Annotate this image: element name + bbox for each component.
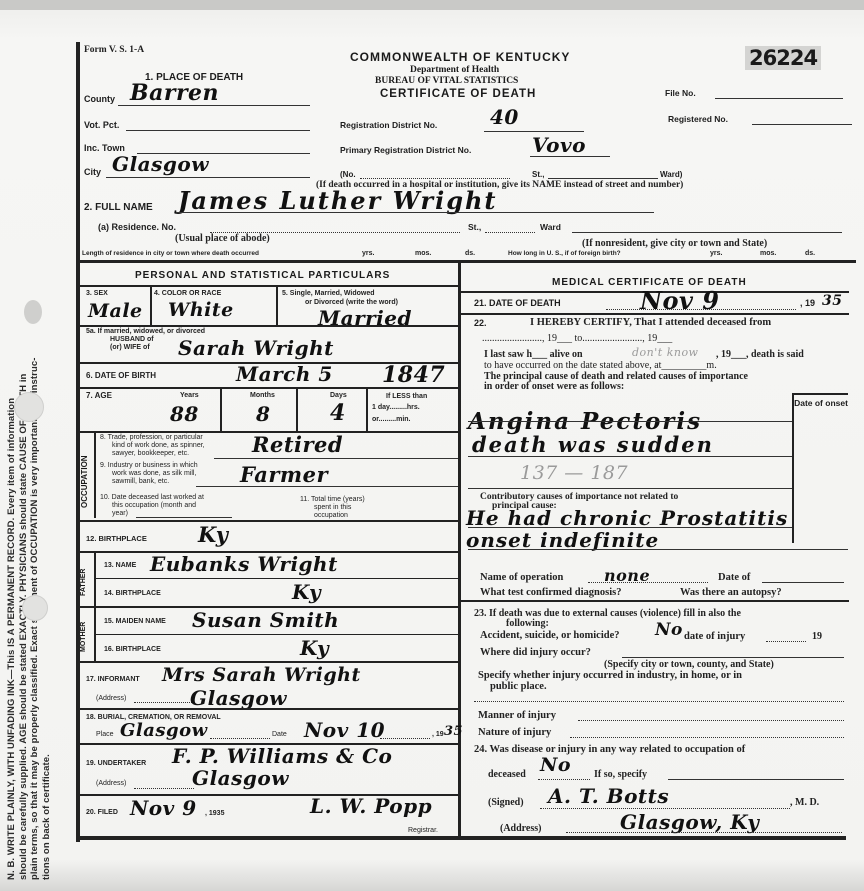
cause-rule-2 [468,456,792,457]
industry-line [196,486,458,487]
us-yrs-label: yrs. [710,250,722,258]
scan-top-edge [0,0,864,10]
burial-year-prefix: , 19 [432,731,444,739]
age-days-value: 4 [330,400,346,426]
punch-hole-bottom [22,595,48,621]
autopsy-label: Was there an autopsy? [680,587,782,598]
primary-registration-label: Primary Registration District No. [340,145,471,155]
last-saw-tail: , 19___, death is said [716,349,804,360]
last-worked-line [136,517,232,518]
dob-label: 6. DATE OF BIRTH [86,372,156,380]
occupation-related-label: 24. Was disease or injury in any way rel… [474,744,745,755]
last-saw-label: I last saw h___ alive on [484,349,583,360]
address-line [566,832,842,833]
sex-value: Male [88,300,143,322]
father-name-rule [96,578,460,579]
burial-place-label: Place [96,731,114,739]
age-years-value: 88 [170,402,199,426]
mother-maiden-value: Susan Smith [192,608,339,632]
injury-where-line [622,657,844,658]
mother-birthplace-value: Ky [300,636,329,660]
informant-label: 17. INFORMANT [86,676,140,684]
father-name-value: Eubanks Wright [150,552,338,576]
column-divider [458,262,461,838]
physician-address: Glasgow, Ky [620,810,759,834]
undertaker-address-value: Glasgow [192,766,289,790]
residence-st-line [485,232,535,233]
us-mos-label: mos. [760,250,776,258]
father-name-label: 13. NAME [104,562,136,570]
accident-value: No [655,620,683,640]
mother-maiden-rule [96,634,460,635]
county-label: County [84,94,115,104]
abode-note: (Usual place of abode) [175,233,270,244]
death-year-value: 35 [822,293,842,309]
how-long-us-label: How long in U. S., if of foreign birth? [508,250,621,258]
dob-month-day: March 5 [236,362,333,386]
date-of-onset-column: Date of onset [792,393,848,543]
cause-line-2: death was sudden [472,432,714,457]
full-name-line [176,212,654,213]
personal-rule-4 [78,387,460,389]
medical-rule-2 [461,313,849,315]
age-days-divider [366,388,368,432]
operation-label: Name of operation [480,572,563,583]
personal-rule-1 [78,285,460,287]
industry-label-1: 9. Industry or business in which [100,462,198,470]
certificate-number: 26224 [745,46,821,70]
age-months-divider [296,388,298,432]
informant-address-line [134,702,194,703]
total-time-label-3: occupation [314,512,348,520]
total-time-label-2: spent in this [314,504,351,512]
city-line [106,177,310,178]
occupation-side-label: OCCUPATION [80,455,89,508]
mother-side-label: MOTHER [80,622,87,652]
operation-line [588,582,708,583]
registered-no-line [752,124,852,125]
physician-signature: A. T. Botts [548,784,669,808]
race-label: 4. COLOR OR RACE [154,290,221,298]
vot-pct-line [126,130,310,131]
margin-line-4: tions on back of certificate. [41,90,53,880]
if-so-line [668,779,844,780]
race-marital-divider [276,286,278,325]
form-frame-bottom [76,836,846,840]
dob-year: 1847 [382,362,445,388]
trade-label-3: sawyer, bookkeeper, etc. [112,450,189,458]
informant-address-label: (Address) [96,695,126,703]
burial-date-line [380,738,430,739]
accident-label: Accident, suicide, or homicide? [480,630,620,641]
length-yrs-label: yrs. [362,250,374,258]
age-months-value: 8 [256,402,270,426]
occurred-label: to have occurred on the date stated abov… [484,360,717,371]
age-years-divider [220,388,222,432]
medical-rule-3 [461,600,849,602]
address-ward-label: Ward) [660,170,682,179]
trade-value: Retired [252,432,343,457]
sex-race-divider [150,286,152,325]
attended-line: ........................, 19___ to......… [482,333,672,344]
specify-line [474,701,844,702]
vot-pct-label: Vot. Pct. [84,120,119,130]
nature-label: Nature of injury [478,727,551,738]
length-mos-label: mos. [415,250,431,258]
occupation-divider [94,432,96,518]
undertaker-address-label: (Address) [96,780,126,788]
primary-registration-line [530,156,610,157]
burial-date-value: Nov 10 [304,718,385,742]
if-so-label: If so, specify [594,769,647,780]
sex-label: 3. SEX [86,290,108,298]
marital-label-1: 5. Single, Married, Widowed [282,290,375,298]
industry-label-3: sawmill, bank, etc. [112,478,169,486]
undertaker-value: F. P. Williams & Co [172,744,392,768]
residence-label: (a) Residence. No. [98,222,176,232]
file-no-label: File No. [665,88,696,98]
specify-city-note: (Specify city or town, county, and State… [604,659,774,670]
spouse-label-3: (or) WIFE of [110,344,150,352]
primary-registration-value: Vovo [532,133,586,157]
file-no-line [715,98,843,99]
undertaker-label: 19. UNDERTAKER [86,760,146,768]
cause-code: 137 — 187 [520,462,628,484]
registration-district-label: Registration District No. [340,120,437,130]
date-of-death-label: 21. DATE OF DEATH [474,298,561,308]
us-ds-label: ds. [805,250,815,258]
personal-rule-9 [78,708,460,710]
residence-ward-label: Ward [540,222,561,232]
signed-line [540,808,790,809]
margin-line-3: plain terms, so that it may be properly … [29,90,41,880]
certificate-title: COMMONWEALTH OF KENTUCKY [350,50,570,64]
last-saw-value: don't know [632,346,698,359]
punch-hole-top [14,392,44,422]
specify-label-2: public place. [490,681,547,692]
personal-heading: PERSONAL AND STATISTICAL PARTICULARS [135,270,390,281]
city-value: Glasgow [112,152,209,176]
burial-place-line [210,738,270,739]
bureau-name: BUREAU OF VITAL STATISTICS [375,76,518,86]
margin-line-1: N. B. WRITE PLAINLY, WITH UNFADING INK—T… [6,90,18,880]
cause-rule-3 [468,488,792,489]
form-frame-left [76,42,80,842]
registration-district-value: 40 [490,105,519,129]
length-residence-label: Length of residence in city or town wher… [82,250,259,258]
mother-birthplace-label: 16. BIRTHPLACE [104,646,161,654]
burial-date-label: Date [272,731,287,739]
certify-label: I HEREBY CERTIFY, That I attended deceas… [530,317,771,328]
filed-year: , 1935 [205,810,224,818]
address-no-label: (No. [340,170,356,179]
md-label: , M. D. [790,797,819,808]
section-divider [76,260,856,263]
residence-st-label: St., [468,222,481,232]
test-label: What test confirmed diagnosis? [480,587,621,598]
industry-value: Farmer [240,462,328,487]
registration-district-line [484,131,584,132]
father-birthplace-value: Ky [292,580,321,604]
injury-date-label: date of injury [684,631,745,642]
total-time-label-1: 11. Total time (years) [300,496,365,504]
address-st-line [548,178,658,179]
age-days-label: Days [330,392,347,400]
date-of-death-line [606,309,796,310]
personal-rule-2 [78,325,460,327]
address-st-label: St., [532,170,544,179]
age-years-label: Years [180,392,199,400]
informant-address-value: Glasgow [190,686,287,710]
burial-year-value: 35 [444,724,463,739]
manner-label: Manner of injury [478,710,556,721]
date-of-death-value: Nov 9 [640,286,719,315]
less-than-label: If LESS than [386,393,427,401]
trade-label-2: kind of work done, as spinner, [112,442,205,450]
county-line [118,105,310,106]
father-birthplace-label: 14. BIRTHPLACE [104,590,161,598]
informant-value: Mrs Sarah Wright [162,664,361,686]
form-id: Form V. S. 1-A [84,45,144,55]
father-side-label: FATHER [80,569,87,596]
less-day-label: 1 day.........hrs. [372,404,420,412]
injury-year-label: 19 [812,631,822,642]
less-min-label: or.........min. [372,416,411,424]
trade-label-1: 8. Trade, profession, or particular [100,434,203,442]
personal-rule-8 [78,661,460,663]
last-worked-label-2: this occupation (month and [112,502,196,510]
length-ds-label: ds. [465,250,475,258]
mother-maiden-label: 15. MAIDEN NAME [104,618,166,626]
margin-instructions: N. B. WRITE PLAINLY, WITH UNFADING INK—T… [6,90,52,880]
birthplace-value: Ky [198,522,229,547]
industry-label-2: work was done, as silk mill, [112,470,196,478]
undertaker-address-line [134,788,194,789]
registrar-label: Registrar. [408,827,438,835]
department-name: Department of Health [410,65,499,75]
full-name-value: James Luther Wright [178,186,498,215]
spouse-value: Sarah Wright [178,336,334,360]
race-value: White [168,299,234,321]
spouse-label-2: HUSBAND of [110,336,154,344]
residence-ward-line [572,232,842,233]
age-months-label: Months [250,392,275,400]
age-label: 7. AGE [86,392,112,400]
filed-date-value: Nov 9 [130,796,197,820]
date-of-onset-label: Date of onset [794,398,848,408]
operation-date-line [762,582,844,583]
full-name-label: 2. FULL NAME [84,202,153,213]
punch-mark [24,300,42,324]
city-label: City [84,167,101,177]
filed-label: 20. FILED [86,809,118,817]
address-label: (Address) [500,823,541,834]
registered-no-label: Registered No. [668,114,728,124]
certify-number: 22. [474,318,487,328]
county-value: Barren [130,80,219,106]
certificate-type: CERTIFICATE OF DEATH [380,88,536,100]
nature-line [570,737,844,738]
trade-line [214,458,458,459]
address-no-line [360,178,510,179]
burial-place-value: Glasgow [120,720,208,741]
signed-label: (Signed) [488,797,524,808]
last-worked-label-1: 10. Date deceased last worked at [100,494,204,502]
operation-date-label: Date of [718,572,750,583]
personal-rule-6 [78,520,460,522]
registrar-signature: L. W. Popp [310,794,432,818]
spouse-label-1: 5a. If married, widowed, or divorced [86,328,205,336]
injury-where-label: Where did injury occur? [480,647,591,658]
contributory-rule-2 [468,549,848,550]
principal-cause-label-2: in order of onset were as follows: [484,381,624,392]
specify-label-1: Specify whether injury occurred in indus… [478,670,742,681]
margin-line-2: should be carefully supplied. AGE should… [18,90,30,880]
nonresident-note: (If nonresident, give city or town and S… [582,238,767,249]
injury-date-line [766,641,806,642]
deceased-value: No [540,754,571,776]
birthplace-label: 12. BIRTHPLACE [86,535,147,543]
last-worked-label-3: year) [112,510,128,518]
death-year-prefix: , 19 [800,298,815,308]
deceased-line [538,779,590,780]
deceased-label: deceased [488,769,526,780]
external-label-2: following: [506,618,549,629]
manner-line [578,720,844,721]
cause-rule-1 [468,421,792,422]
